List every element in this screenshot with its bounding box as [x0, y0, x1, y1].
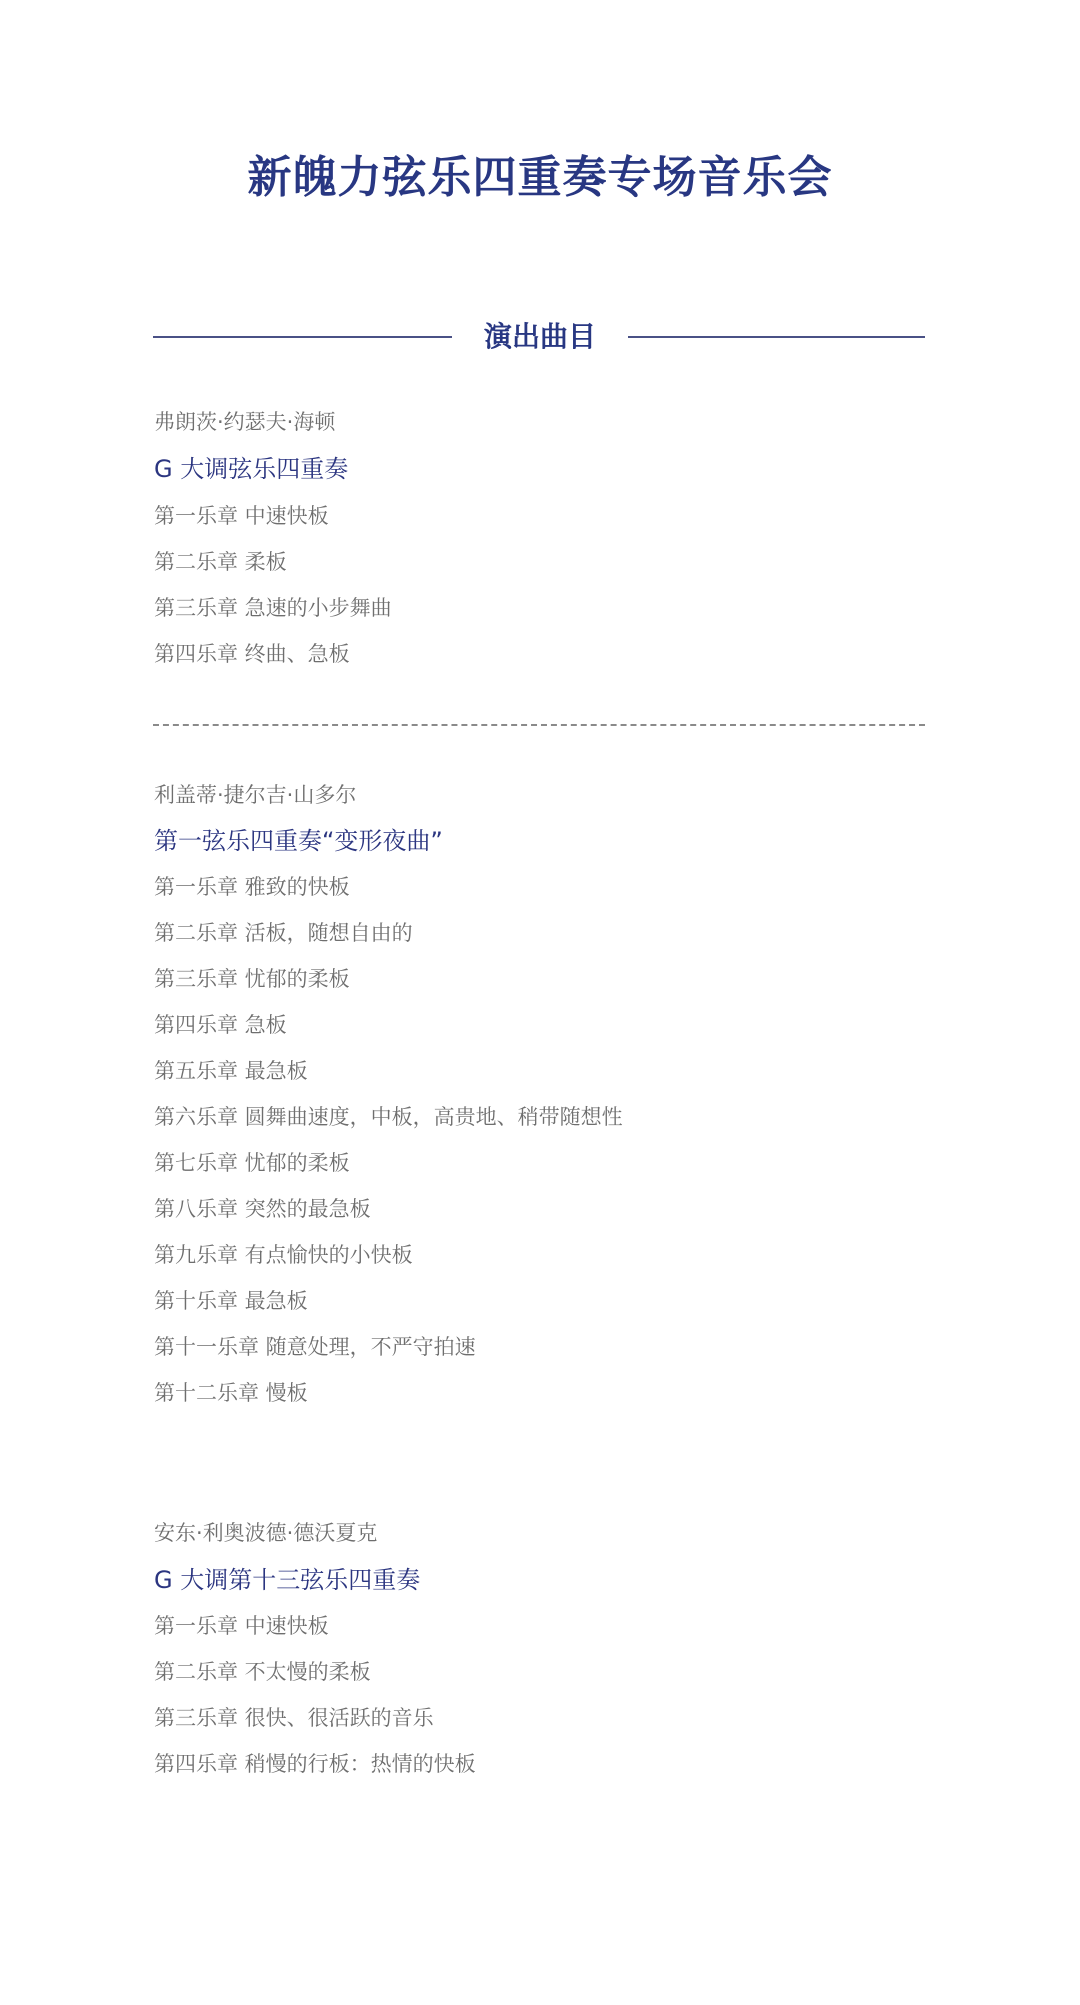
header-rule-right: [628, 336, 925, 338]
movement: 第三乐章 急速的小步舞曲: [154, 592, 392, 624]
work-title: 第一弦乐四重奏“变形夜曲”: [154, 825, 443, 857]
movement: 第六乐章 圆舞曲速度，中板，高贵地、稍带随想性: [154, 1101, 623, 1133]
section-header-label: 演出曲目: [452, 318, 628, 356]
movement: 第十一乐章 随意处理，不严守拍速: [154, 1331, 476, 1363]
movement: 第五乐章 最急板: [154, 1055, 308, 1087]
movement: 第四乐章 稍慢的行板：热情的快板: [154, 1748, 476, 1780]
composer-name: 利盖蒂·捷尔吉·山多尔: [154, 779, 356, 811]
movement: 第一乐章 中速快板: [154, 500, 329, 532]
dashed-divider: [153, 724, 925, 726]
movement: 第四乐章 终曲、急板: [154, 638, 350, 670]
movement: 第二乐章 活板，随想自由的: [154, 917, 413, 949]
header-rule-left: [153, 336, 452, 338]
composer-name: 安东·利奥波德·德沃夏克: [154, 1517, 377, 1549]
movement: 第四乐章 急板: [154, 1009, 287, 1041]
movement: 第一乐章 雅致的快板: [154, 871, 350, 903]
movement: 第一乐章 中速快板: [154, 1610, 329, 1642]
movement: 第三乐章 忧郁的柔板: [154, 963, 350, 995]
movement: 第二乐章 不太慢的柔板: [154, 1656, 371, 1688]
work-title: G 大调弦乐四重奏: [154, 453, 348, 485]
concert-title: 新魄力弦乐四重奏专场音乐会: [0, 148, 1080, 208]
movement: 第二乐章 柔板: [154, 546, 287, 578]
movement: 第九乐章 有点愉快的小快板: [154, 1239, 413, 1271]
movement: 第八乐章 突然的最急板: [154, 1193, 371, 1225]
composer-name: 弗朗茨·约瑟夫·海顿: [154, 406, 335, 438]
work-title: G 大调第十三弦乐四重奏: [154, 1564, 420, 1596]
movement: 第三乐章 很快、很活跃的音乐: [154, 1702, 434, 1734]
movement: 第七乐章 忧郁的柔板: [154, 1147, 350, 1179]
movement: 第十二乐章 慢板: [154, 1377, 308, 1409]
movement: 第十乐章 最急板: [154, 1285, 308, 1317]
